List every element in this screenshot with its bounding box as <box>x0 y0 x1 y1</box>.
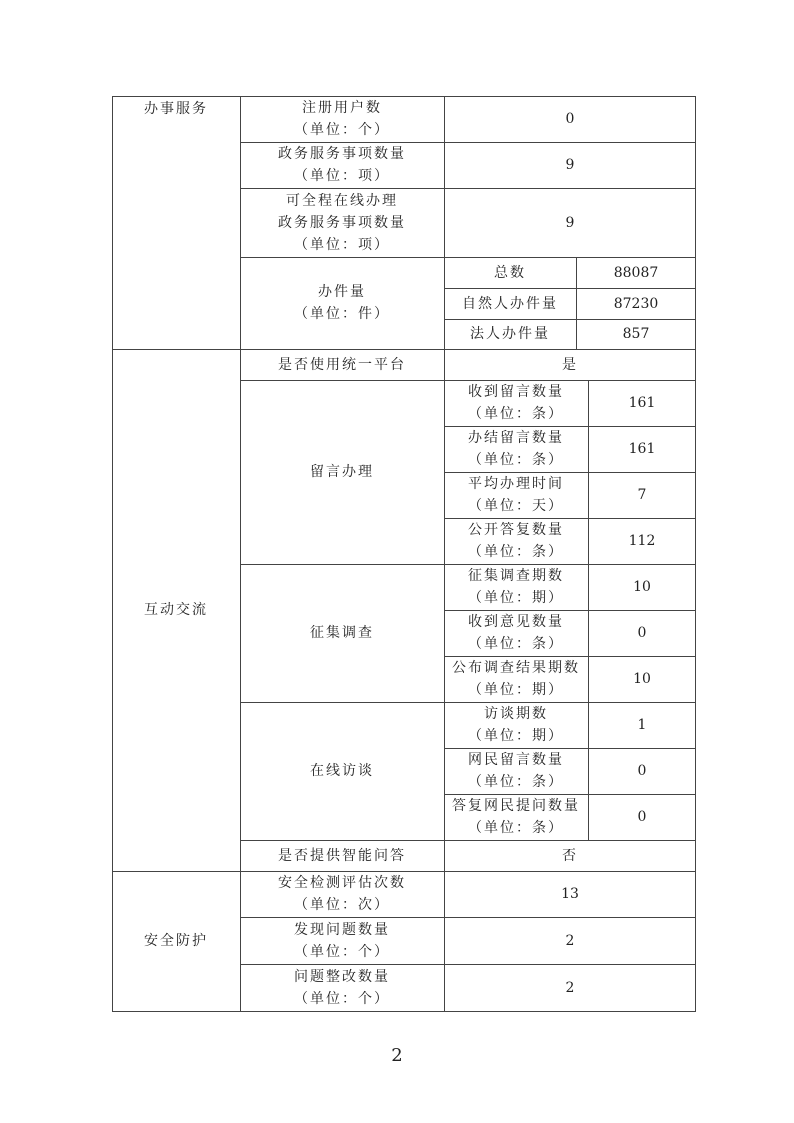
label-line: 政务服务事项数量 <box>278 143 406 165</box>
value: 9 <box>566 154 575 176</box>
label-line: 办结留言数量 <box>468 427 564 449</box>
issues-found-value: 2 <box>444 917 696 964</box>
unified-platform-value: 是 <box>444 349 696 380</box>
border <box>240 96 241 1012</box>
border <box>444 748 696 749</box>
label: 总数 <box>494 262 526 284</box>
value: 13 <box>561 883 579 905</box>
border <box>240 380 696 381</box>
section-service-label: 办事服务 <box>112 96 240 349</box>
value: 是 <box>562 354 578 376</box>
value: 否 <box>562 845 578 867</box>
value: 112 <box>629 530 656 552</box>
section-interaction-label: 互动交流 <box>112 349 240 871</box>
border <box>695 96 696 1012</box>
border <box>444 426 696 427</box>
border <box>112 1011 696 1012</box>
smart-qa-label: 是否提供智能问答 <box>240 840 444 871</box>
label-line: 答复网民提问数量 <box>452 795 580 817</box>
value: 857 <box>623 323 650 345</box>
unit-line: （单位：个） <box>294 941 390 963</box>
unit-line: （单位：条） <box>468 771 564 793</box>
survey-periods-label: 征集调查期数（单位：期） <box>444 564 588 610</box>
value: 2 <box>566 977 575 999</box>
value: 10 <box>633 668 651 690</box>
label-line: 征集调查期数 <box>468 565 564 587</box>
avg-handling-time-value: 7 <box>588 472 696 518</box>
label-line: 访谈期数 <box>484 703 548 725</box>
border <box>240 964 696 965</box>
unit-line: （单位：期） <box>468 679 564 701</box>
case-natural-person-label: 自然人办件量 <box>444 288 576 319</box>
label-line: 注册用户数 <box>302 97 382 119</box>
label: 在线访谈 <box>310 760 374 782</box>
service-items-value: 9 <box>444 142 696 188</box>
value: 10 <box>633 576 651 598</box>
public-replies-label: 公开答复数量（单位：条） <box>444 518 588 564</box>
unit-line: （单位：期） <box>468 587 564 609</box>
label: 自然人办件量 <box>462 293 558 315</box>
section-label: 互动交流 <box>144 599 208 621</box>
border <box>444 472 696 473</box>
case-total-value: 88087 <box>576 257 696 288</box>
label-line: 平均办理时间 <box>468 473 564 495</box>
border <box>444 96 445 1012</box>
messages-received-value: 161 <box>588 380 696 426</box>
border <box>240 188 696 189</box>
border <box>240 917 696 918</box>
border <box>444 288 696 289</box>
opinions-received-label: 收到意见数量（单位：条） <box>444 610 588 656</box>
netizen-messages-label: 网民留言数量（单位：条） <box>444 748 588 794</box>
unit-line: （单位：项） <box>294 165 390 187</box>
border <box>240 257 696 258</box>
service-items-label: 政务服务事项数量 （单位：项） <box>240 142 444 188</box>
issues-found-label: 发现问题数量（单位：个） <box>240 917 444 964</box>
survey-results-value: 10 <box>588 656 696 702</box>
border <box>444 518 696 519</box>
case-natural-person-value: 87230 <box>576 288 696 319</box>
value: 1 <box>638 714 647 736</box>
value: 0 <box>638 622 647 644</box>
messages-received-label: 收到留言数量（单位：条） <box>444 380 588 426</box>
public-replies-value: 112 <box>588 518 696 564</box>
interview-periods-label: 访谈期数（单位：期） <box>444 702 588 748</box>
case-volume-label: 办件量 （单位：件） <box>240 257 444 349</box>
border <box>444 319 696 320</box>
border <box>112 96 696 97</box>
online-service-items-label: 可全程在线办理 政务服务事项数量 （单位：项） <box>240 188 444 257</box>
section-label: 办事服务 <box>144 98 208 120</box>
value: 7 <box>638 484 647 506</box>
unit-line: （单位：天） <box>468 495 564 517</box>
messages-closed-value: 161 <box>588 426 696 472</box>
value: 0 <box>566 108 575 130</box>
section-security-label: 安全防护 <box>112 871 240 1011</box>
label-line: 网民留言数量 <box>468 749 564 771</box>
value: 2 <box>566 930 575 952</box>
label-line: 公布调查结果期数 <box>452 657 580 679</box>
unit-line: （单位：项） <box>294 234 390 256</box>
label: 是否使用统一平台 <box>278 354 406 376</box>
unified-platform-label: 是否使用统一平台 <box>240 349 444 380</box>
value: 161 <box>629 438 656 460</box>
border <box>576 257 577 349</box>
label: 征集调查 <box>310 622 374 644</box>
issues-fixed-label: 问题整改数量（单位：个） <box>240 964 444 1011</box>
border <box>444 656 696 657</box>
section-label: 安全防护 <box>144 930 208 952</box>
unit-line: （单位：条） <box>468 541 564 563</box>
border <box>444 610 696 611</box>
value: 9 <box>566 212 575 234</box>
value: 161 <box>629 392 656 414</box>
unit-line: （单位：条） <box>468 449 564 471</box>
unit-line: （单位：次） <box>294 894 390 916</box>
value: 0 <box>638 806 647 828</box>
avg-handling-time-label: 平均办理时间（单位：天） <box>444 472 588 518</box>
label-line: 办件量 <box>318 281 366 303</box>
label: 留言办理 <box>310 461 374 483</box>
netizen-replies-label: 答复网民提问数量（单位：条） <box>444 794 588 840</box>
border <box>112 96 113 1012</box>
value: 87230 <box>614 293 659 315</box>
page-number: 2 <box>0 1045 794 1066</box>
unit-line: （单位：个） <box>294 988 390 1010</box>
value: 0 <box>638 760 647 782</box>
unit-line: （单位：期） <box>468 725 564 747</box>
interview-periods-value: 1 <box>588 702 696 748</box>
registered-users-label: 注册用户数 （单位：个） <box>240 96 444 142</box>
smart-qa-value: 否 <box>444 840 696 871</box>
survey-results-label: 公布调查结果期数（单位：期） <box>444 656 588 702</box>
security-checks-label: 安全检测评估次数（单位：次） <box>240 871 444 917</box>
security-checks-value: 13 <box>444 871 696 917</box>
case-legal-person-label: 法人办件量 <box>444 319 576 349</box>
online-interview-label: 在线访谈 <box>240 702 444 840</box>
unit-line: （单位：条） <box>468 633 564 655</box>
label-line: 政务服务事项数量 <box>278 212 406 234</box>
border <box>112 871 696 872</box>
label: 法人办件量 <box>470 323 550 345</box>
border <box>444 794 696 795</box>
opinions-received-value: 0 <box>588 610 696 656</box>
survey-periods-value: 10 <box>588 564 696 610</box>
unit-line: （单位：个） <box>294 119 390 141</box>
border <box>240 564 696 565</box>
label: 是否提供智能问答 <box>278 845 406 867</box>
label-line: 可全程在线办理 <box>286 190 398 212</box>
case-legal-person-value: 857 <box>576 319 696 349</box>
online-service-items-value: 9 <box>444 188 696 257</box>
message-handling-label: 留言办理 <box>240 380 444 564</box>
border <box>240 840 696 841</box>
border <box>112 349 696 350</box>
issues-fixed-value: 2 <box>444 964 696 1011</box>
unit-line: （单位：条） <box>468 403 564 425</box>
label-line: 安全检测评估次数 <box>278 872 406 894</box>
case-total-label: 总数 <box>444 257 576 288</box>
value: 88087 <box>614 262 659 284</box>
label-line: 收到留言数量 <box>468 381 564 403</box>
unit-line: （单位：条） <box>468 817 564 839</box>
registered-users-value: 0 <box>444 96 696 142</box>
label-line: 发现问题数量 <box>294 919 390 941</box>
netizen-replies-value: 0 <box>588 794 696 840</box>
netizen-messages-value: 0 <box>588 748 696 794</box>
survey-label: 征集调查 <box>240 564 444 702</box>
unit-line: （单位：件） <box>294 303 390 325</box>
border <box>240 702 696 703</box>
messages-closed-label: 办结留言数量（单位：条） <box>444 426 588 472</box>
label-line: 收到意见数量 <box>468 611 564 633</box>
label-line: 问题整改数量 <box>294 966 390 988</box>
border <box>240 142 696 143</box>
label-line: 公开答复数量 <box>468 519 564 541</box>
